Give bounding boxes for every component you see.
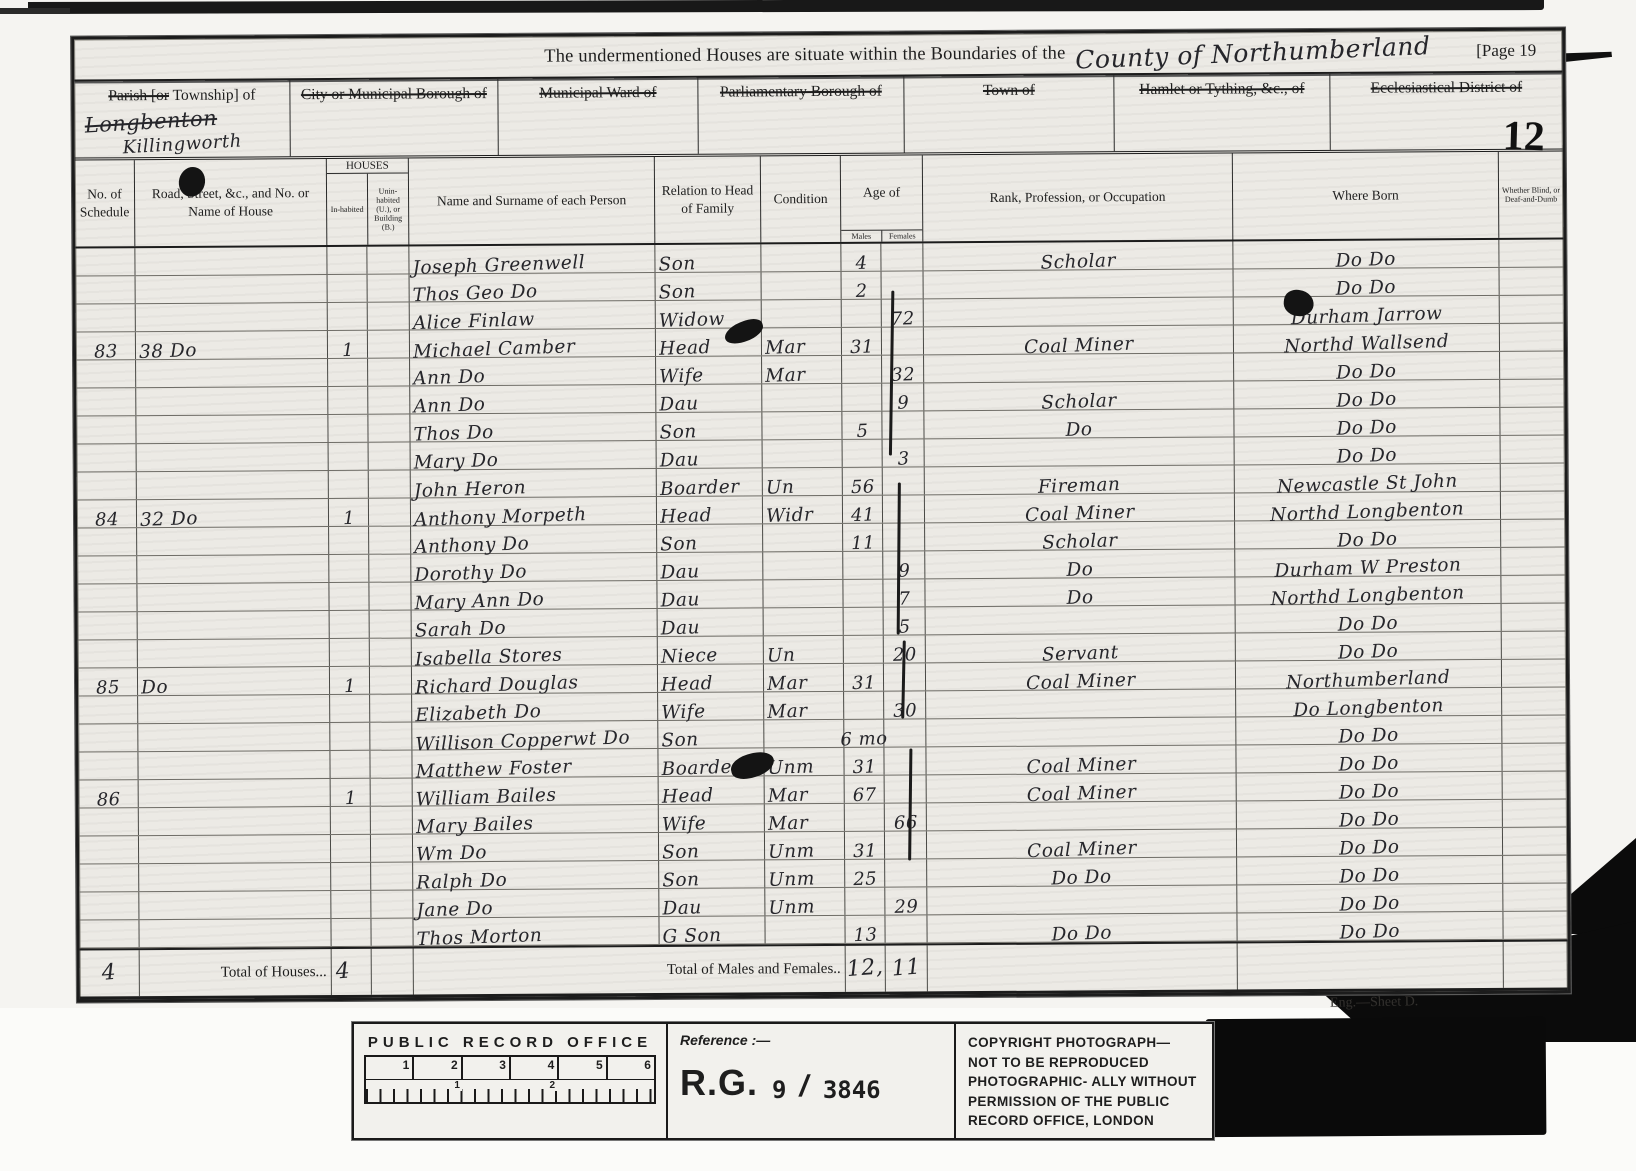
schedule-cell <box>76 360 136 387</box>
col-age-header: Age of Males Females <box>841 155 924 241</box>
condition-cell: Mar <box>764 664 844 691</box>
occupation-cell: Do Do <box>927 913 1237 942</box>
male-age-cell: 31 <box>842 328 882 355</box>
relation-cell: Son <box>656 272 762 300</box>
name-cell: Mary Ann Do <box>411 581 657 610</box>
condition-cell <box>762 412 842 439</box>
houses-label: HOUSES <box>327 159 408 174</box>
male-age-cell <box>842 384 882 411</box>
uninhabited-cell <box>368 359 410 386</box>
occupation-cell: Coal Miner <box>927 829 1237 858</box>
ecclesiastical-label: Ecclesiastical District of <box>1371 79 1523 97</box>
female-age-cell <box>884 719 926 746</box>
name-cell: Matthew Foster <box>412 749 658 778</box>
page-number-label: [Page 19 <box>1476 41 1536 61</box>
boundary-handwritten: County of Northumberland <box>1075 31 1431 75</box>
name-cell: Thos Morton <box>413 917 659 946</box>
infirm-cell <box>1500 407 1564 434</box>
born-cell: Do Do <box>1234 268 1500 297</box>
born-cell: Do Do <box>1234 408 1500 437</box>
female-age-cell <box>885 859 927 886</box>
name-cell: Ann Do <box>410 357 656 386</box>
born-cell: Northumberland <box>1236 660 1502 689</box>
name-cell: Thos Geo Do <box>410 273 656 302</box>
male-age-cell <box>842 356 882 383</box>
occupation-cell <box>926 689 1236 718</box>
born-cell: Do Do <box>1236 744 1502 773</box>
road-cell <box>138 695 330 723</box>
female-age-cell: 66 <box>885 803 927 830</box>
road-cell <box>135 247 327 275</box>
inhabited-cell: 1 <box>330 667 370 694</box>
road-cell <box>138 611 330 639</box>
relation-cell: Wife <box>656 356 762 384</box>
inhabited-label: In-habited <box>327 174 368 245</box>
col-schedule-header: No. of Schedule <box>75 160 136 246</box>
road-cell <box>137 555 329 583</box>
condition-cell: Mar <box>764 692 844 719</box>
uninhabited-cell <box>368 415 410 442</box>
inhabited-cell <box>328 303 368 330</box>
parliamentary-label: Parliamentary Borough of <box>720 83 882 101</box>
born-cell: Do Longbenton <box>1236 688 1502 717</box>
inhabited-cell <box>328 415 368 442</box>
uninhabited-cell <box>371 890 413 917</box>
occupation-cell <box>927 885 1237 914</box>
male-age-cell: 4 <box>841 244 881 271</box>
schedule-cell <box>79 892 139 919</box>
uninhabited-cell <box>371 834 413 861</box>
male-age-cell: 6 mo <box>844 720 884 747</box>
condition-cell <box>762 384 842 411</box>
photo-dark-patch <box>1206 1017 1547 1137</box>
female-age-cell: 9 <box>882 383 924 410</box>
col-condition-header: Condition <box>761 156 842 242</box>
schedule-cell <box>77 556 137 583</box>
born-cell: Northd Wallsend <box>1234 324 1500 353</box>
table-header-row: No. of Schedule Road, Street, &c., and N… <box>75 151 1564 248</box>
infirm-cell <box>1501 575 1565 602</box>
infirm-cell <box>1501 547 1565 574</box>
infirm-cell <box>1502 603 1566 630</box>
male-age-cell: 67 <box>845 776 885 803</box>
location-header-row: Parish [or Township] of Longbenton Killi… <box>74 72 1562 160</box>
inhabited-cell <box>330 723 370 750</box>
infirm-cell <box>1503 883 1567 910</box>
name-cell: Mary Do <box>411 441 657 470</box>
houses-total-label-cell: Total of Houses... <box>140 949 332 996</box>
name-cell: Wm Do <box>413 833 659 862</box>
born-cell: Do Do <box>1237 772 1503 801</box>
relation-cell: Head <box>659 776 765 804</box>
road-cell: 32 Do <box>137 499 329 527</box>
hamlet-cell: Hamlet or Tything, &c., of <box>1114 74 1330 151</box>
female-age-cell <box>885 831 927 858</box>
females-label: Females <box>882 230 922 241</box>
born-cell: Durham Jarrow <box>1234 296 1500 325</box>
infirm-cell <box>1502 687 1566 714</box>
female-age-cell <box>883 523 925 550</box>
female-age-cell: 9 <box>883 551 925 578</box>
form-title: The undermentioned Houses are situate wi… <box>544 43 1065 67</box>
inhabited-cell <box>331 835 371 862</box>
photo-edge-top-left <box>0 8 70 14</box>
age-label: Age of <box>841 155 922 229</box>
female-age-cell: 30 <box>884 691 926 718</box>
ecclesiastical-cell: Ecclesiastical District of 12 <box>1330 72 1562 149</box>
condition-cell: Unm <box>765 888 845 915</box>
schedule-cell <box>79 836 139 863</box>
inhabited-cell <box>328 387 368 414</box>
road-cell <box>136 359 328 387</box>
males-label: Males <box>841 231 882 242</box>
relation-cell: Son <box>659 832 765 860</box>
relation-cell: Son <box>655 244 761 272</box>
parish-label-struck: Parish [or <box>108 87 169 104</box>
uninhabited-label: Unin-habited (U.), or Building (B.) <box>368 174 408 245</box>
male-age-cell <box>844 608 884 635</box>
schedule-cell: 84 <box>77 500 137 527</box>
schedule-cell <box>76 276 136 303</box>
pro-office-title: PUBLIC RECORD OFFICE <box>364 1034 656 1051</box>
name-cell: Richard Douglas <box>412 665 658 694</box>
born-cell: Do Do <box>1237 828 1503 857</box>
uninhabited-cell <box>369 499 411 526</box>
female-age-cell <box>882 327 924 354</box>
col-road-header: Road, Street, &c., and No. or Name of Ho… <box>135 159 328 246</box>
male-age-cell <box>843 580 883 607</box>
inhabited-cell <box>328 275 368 302</box>
condition-cell <box>761 244 841 271</box>
name-cell: Dorothy Do <box>411 553 657 582</box>
name-cell: Jane Do <box>413 889 659 918</box>
relation-cell: Son <box>657 524 763 552</box>
females-total-cell: 11 <box>886 945 928 991</box>
schedule-cell <box>77 528 137 555</box>
occupation-cell <box>924 269 1234 298</box>
infirm-cell <box>1503 827 1567 854</box>
name-cell: John Heron <box>411 469 657 498</box>
infirm-cell <box>1501 491 1565 518</box>
male-age-cell: 31 <box>845 832 885 859</box>
road-cell <box>139 807 331 835</box>
born-cell: Do Do <box>1235 436 1501 465</box>
inhabited-cell <box>331 807 371 834</box>
female-age-cell: 7 <box>883 579 925 606</box>
male-age-cell <box>844 636 884 663</box>
road-cell <box>136 275 328 303</box>
infirm-cell <box>1503 855 1567 882</box>
infirm-cell <box>1501 435 1565 462</box>
inhabited-cell <box>330 639 370 666</box>
name-cell: Mary Bailes <box>413 805 659 834</box>
houses-total-value-cell: 4 <box>332 949 372 995</box>
inhabited-cell <box>329 555 369 582</box>
pro-reference-section: Reference :— R.G. 9 / 3846 <box>668 1024 956 1138</box>
photo-edge-top <box>28 0 1544 14</box>
name-cell: Isabella Stores <box>412 637 658 666</box>
occupation-cell: Scholar <box>925 521 1235 550</box>
male-age-cell <box>843 552 883 579</box>
name-cell: Michael Camber <box>410 329 656 358</box>
ruler-scale: 1 2 3 4 5 6 <box>364 1055 656 1080</box>
infirm-cell <box>1502 631 1566 658</box>
road-cell <box>137 527 329 555</box>
schedule-cell <box>77 584 137 611</box>
condition-cell <box>764 608 844 635</box>
public-record-office-stamp: PUBLIC RECORD OFFICE 1 2 3 4 5 6 1 2 Ref… <box>352 1022 1214 1140</box>
occupation-cell <box>924 353 1234 382</box>
parliamentary-cell: Parliamentary Borough of <box>698 76 904 153</box>
inhabited-cell <box>330 611 370 638</box>
relation-cell: Wife <box>658 692 764 720</box>
infirm-cell <box>1502 715 1566 742</box>
inhabited-cell <box>327 247 367 274</box>
male-age-cell: 31 <box>844 664 884 691</box>
occupation-cell: Do <box>925 549 1235 578</box>
male-age-cell <box>845 888 885 915</box>
inhabited-cell <box>329 583 369 610</box>
col-infirm-header: Whether Blind, or Deaf-and-Dumb <box>1499 151 1564 237</box>
uninhabited-cell <box>370 639 412 666</box>
relation-cell: Head <box>658 664 764 692</box>
name-cell: William Bailes <box>413 777 659 806</box>
census-rows: Joseph Greenwell Son 4 Scholar Do Do Tho… <box>75 239 1567 948</box>
schedule-cell <box>76 416 136 443</box>
sheet-label: Eng.—Sheet D. <box>1330 994 1419 1012</box>
infirm-cell <box>1503 799 1567 826</box>
schedule-total-cell: 4 <box>80 950 140 996</box>
infirm-cell <box>1500 295 1564 322</box>
town-cell: Town of <box>904 75 1114 152</box>
name-cell: Ann Do <box>410 385 656 414</box>
name-cell: Sarah Do <box>412 609 658 638</box>
relation-cell: Dau <box>657 440 763 468</box>
born-cell: Do Do <box>1236 716 1502 745</box>
female-age-cell <box>885 915 927 942</box>
road-cell <box>139 835 331 863</box>
ward-label: Municipal Ward of <box>539 84 656 102</box>
occupation-cell <box>925 437 1235 466</box>
inhabited-cell <box>330 751 370 778</box>
slash-separator: / <box>797 1070 813 1104</box>
born-cell: Do Do <box>1235 520 1501 549</box>
col-relation-header: Relation to Head of Family <box>655 156 762 243</box>
female-age-cell <box>885 775 927 802</box>
inhabited-cell: 1 <box>329 499 369 526</box>
condition-cell <box>763 580 843 607</box>
uninhabited-cell <box>369 443 411 470</box>
infirm-cell <box>1502 743 1566 770</box>
condition-cell: Unm <box>765 860 845 887</box>
totals-spacer <box>372 948 414 994</box>
infirm-cell <box>1500 351 1564 378</box>
relation-cell: Dau <box>657 552 763 580</box>
inhabited-cell <box>329 527 369 554</box>
relation-cell: Wife <box>659 804 765 832</box>
born-cell: Northd Longbenton <box>1235 576 1501 605</box>
relation-cell: Son <box>656 412 762 440</box>
schedule-cell <box>78 752 138 779</box>
occupation-cell: Do <box>924 409 1234 438</box>
occupation-cell: Scholar <box>923 241 1233 270</box>
condition-cell <box>765 916 845 943</box>
inhabited-cell <box>329 443 369 470</box>
series-code: R.G. <box>680 1062 758 1104</box>
relation-cell: Dau <box>658 608 764 636</box>
col-houses-header: HOUSES In-habited Unin-habited (U.), or … <box>327 159 410 245</box>
schedule-cell <box>78 612 138 639</box>
born-cell: Do Do <box>1236 604 1502 633</box>
condition-cell: Un <box>763 468 843 495</box>
uninhabited-cell <box>371 918 413 945</box>
occupation-cell: Coal Miner <box>927 773 1237 802</box>
col-born-header: Where Born <box>1233 152 1500 240</box>
occupation-cell <box>926 605 1236 634</box>
male-age-cell: 5 <box>842 412 882 439</box>
born-cell: Do Do <box>1237 884 1503 913</box>
male-age-cell <box>844 692 884 719</box>
ruler-ticks: 1 2 <box>364 1080 656 1104</box>
inhabited-cell: 1 <box>328 331 368 358</box>
relation-cell: Son <box>658 720 764 748</box>
schedule-cell <box>79 864 139 891</box>
relation-cell: Dau <box>656 384 762 412</box>
occupation-cell: Coal Miner <box>924 325 1234 354</box>
name-cell: Ralph Do <box>413 861 659 890</box>
inhabited-cell <box>330 695 370 722</box>
ward-cell: Municipal Ward of <box>498 78 698 155</box>
female-age-cell <box>884 747 926 774</box>
road-cell <box>136 303 328 331</box>
road-cell <box>138 751 330 779</box>
male-age-cell: 2 <box>842 272 882 299</box>
uninhabited-cell <box>371 862 413 889</box>
female-age-cell <box>883 467 925 494</box>
born-cell: Do Do <box>1237 856 1503 885</box>
born-cell: Do Do <box>1234 380 1500 409</box>
borough-label: City or Municipal Borough of <box>301 85 487 103</box>
road-cell <box>138 639 330 667</box>
schedule-cell <box>78 640 138 667</box>
uninhabited-cell <box>370 611 412 638</box>
condition-cell <box>762 272 842 299</box>
male-age-cell: 11 <box>843 524 883 551</box>
female-age-cell: 5 <box>884 607 926 634</box>
piece-number: 9 <box>772 1076 786 1104</box>
occupation-cell: Coal Miner <box>926 745 1236 774</box>
uninhabited-cell <box>368 303 410 330</box>
uninhabited-cell <box>369 471 411 498</box>
hamlet-label: Hamlet or Tything, &c., of <box>1139 80 1304 98</box>
schedule-cell <box>78 724 138 751</box>
occupation-cell: Coal Miner <box>925 493 1235 522</box>
male-age-cell: 56 <box>843 468 883 495</box>
road-cell <box>137 471 329 499</box>
road-cell <box>139 863 331 891</box>
born-cell: Do Do <box>1236 632 1502 661</box>
male-age-cell: 13 <box>845 916 885 943</box>
copyright-notice: COPYRIGHT PHOTOGRAPH—NOT TO BE REPRODUCE… <box>956 1024 1212 1138</box>
male-age-cell <box>843 440 883 467</box>
infirm-cell <box>1502 659 1566 686</box>
relation-cell: Boarder <box>657 468 763 496</box>
schedule-cell <box>79 920 139 947</box>
males-females-label-cell: Total of Males and Females.. <box>414 946 846 995</box>
occupation-cell: Servant <box>926 633 1236 662</box>
pro-ruler-section: PUBLIC RECORD OFFICE 1 2 3 4 5 6 1 2 <box>354 1024 668 1138</box>
uninhabited-cell <box>368 275 410 302</box>
condition-cell: Unm <box>764 748 844 775</box>
infirm-cell <box>1500 379 1564 406</box>
uninhabited-cell <box>369 583 411 610</box>
name-cell: Alice Finlaw <box>410 301 656 330</box>
relation-cell: Head <box>657 496 763 524</box>
female-age-cell: 29 <box>885 887 927 914</box>
uninhabited-cell <box>370 723 412 750</box>
male-age-cell <box>845 804 885 831</box>
uninhabited-cell <box>368 331 410 358</box>
born-cell: Do Do <box>1234 352 1500 381</box>
inhabited-cell <box>331 891 371 918</box>
male-age-cell: 41 <box>843 496 883 523</box>
female-age-cell: 32 <box>882 355 924 382</box>
condition-cell: Un <box>764 636 844 663</box>
occupation-cell <box>924 297 1234 326</box>
occupation-cell: Coal Miner <box>926 661 1236 690</box>
relation-cell: Son <box>659 860 765 888</box>
schedule-cell <box>77 444 137 471</box>
uninhabited-cell <box>368 387 410 414</box>
relation-cell: G Son <box>659 916 765 944</box>
reference-label: Reference :— <box>680 1032 942 1048</box>
road-cell <box>139 891 331 919</box>
female-age-cell: 72 <box>882 299 924 326</box>
road-cell <box>137 443 329 471</box>
infirm-cell <box>1503 771 1567 798</box>
inhabited-cell <box>331 919 371 946</box>
uninhabited-cell <box>371 806 413 833</box>
condition-cell <box>763 440 843 467</box>
infirm-cell <box>1499 239 1563 266</box>
occupation-cell <box>927 801 1237 830</box>
inhabited-cell <box>329 471 369 498</box>
condition-cell: Mar <box>765 776 845 803</box>
condition-cell: Unm <box>765 832 845 859</box>
uninhabited-cell <box>370 751 412 778</box>
born-cell: Do Do <box>1233 240 1499 269</box>
schedule-cell <box>77 472 137 499</box>
col-occupation-header: Rank, Profession, or Occupation <box>923 153 1234 241</box>
road-cell <box>139 779 331 807</box>
relation-cell: Dau <box>657 580 763 608</box>
relation-cell: Niece <box>658 636 764 664</box>
borough-cell: City or Municipal Borough of <box>290 79 498 156</box>
born-cell: Do Do <box>1237 800 1503 829</box>
col-name-header: Name and Surname of each Person <box>409 157 656 245</box>
born-cell: Durham W Preston <box>1235 548 1501 577</box>
uninhabited-cell <box>369 527 411 554</box>
condition-cell <box>764 720 844 747</box>
male-age-cell: 31 <box>844 748 884 775</box>
uninhabited-cell <box>370 695 412 722</box>
schedule-cell <box>76 388 136 415</box>
uninhabited-cell <box>367 247 409 274</box>
condition-cell: Mar <box>765 804 845 831</box>
road-cell: Do <box>138 667 330 695</box>
parish-cell: Parish [or Township] of Longbenton Killi… <box>74 80 290 157</box>
road-cell <box>138 723 330 751</box>
